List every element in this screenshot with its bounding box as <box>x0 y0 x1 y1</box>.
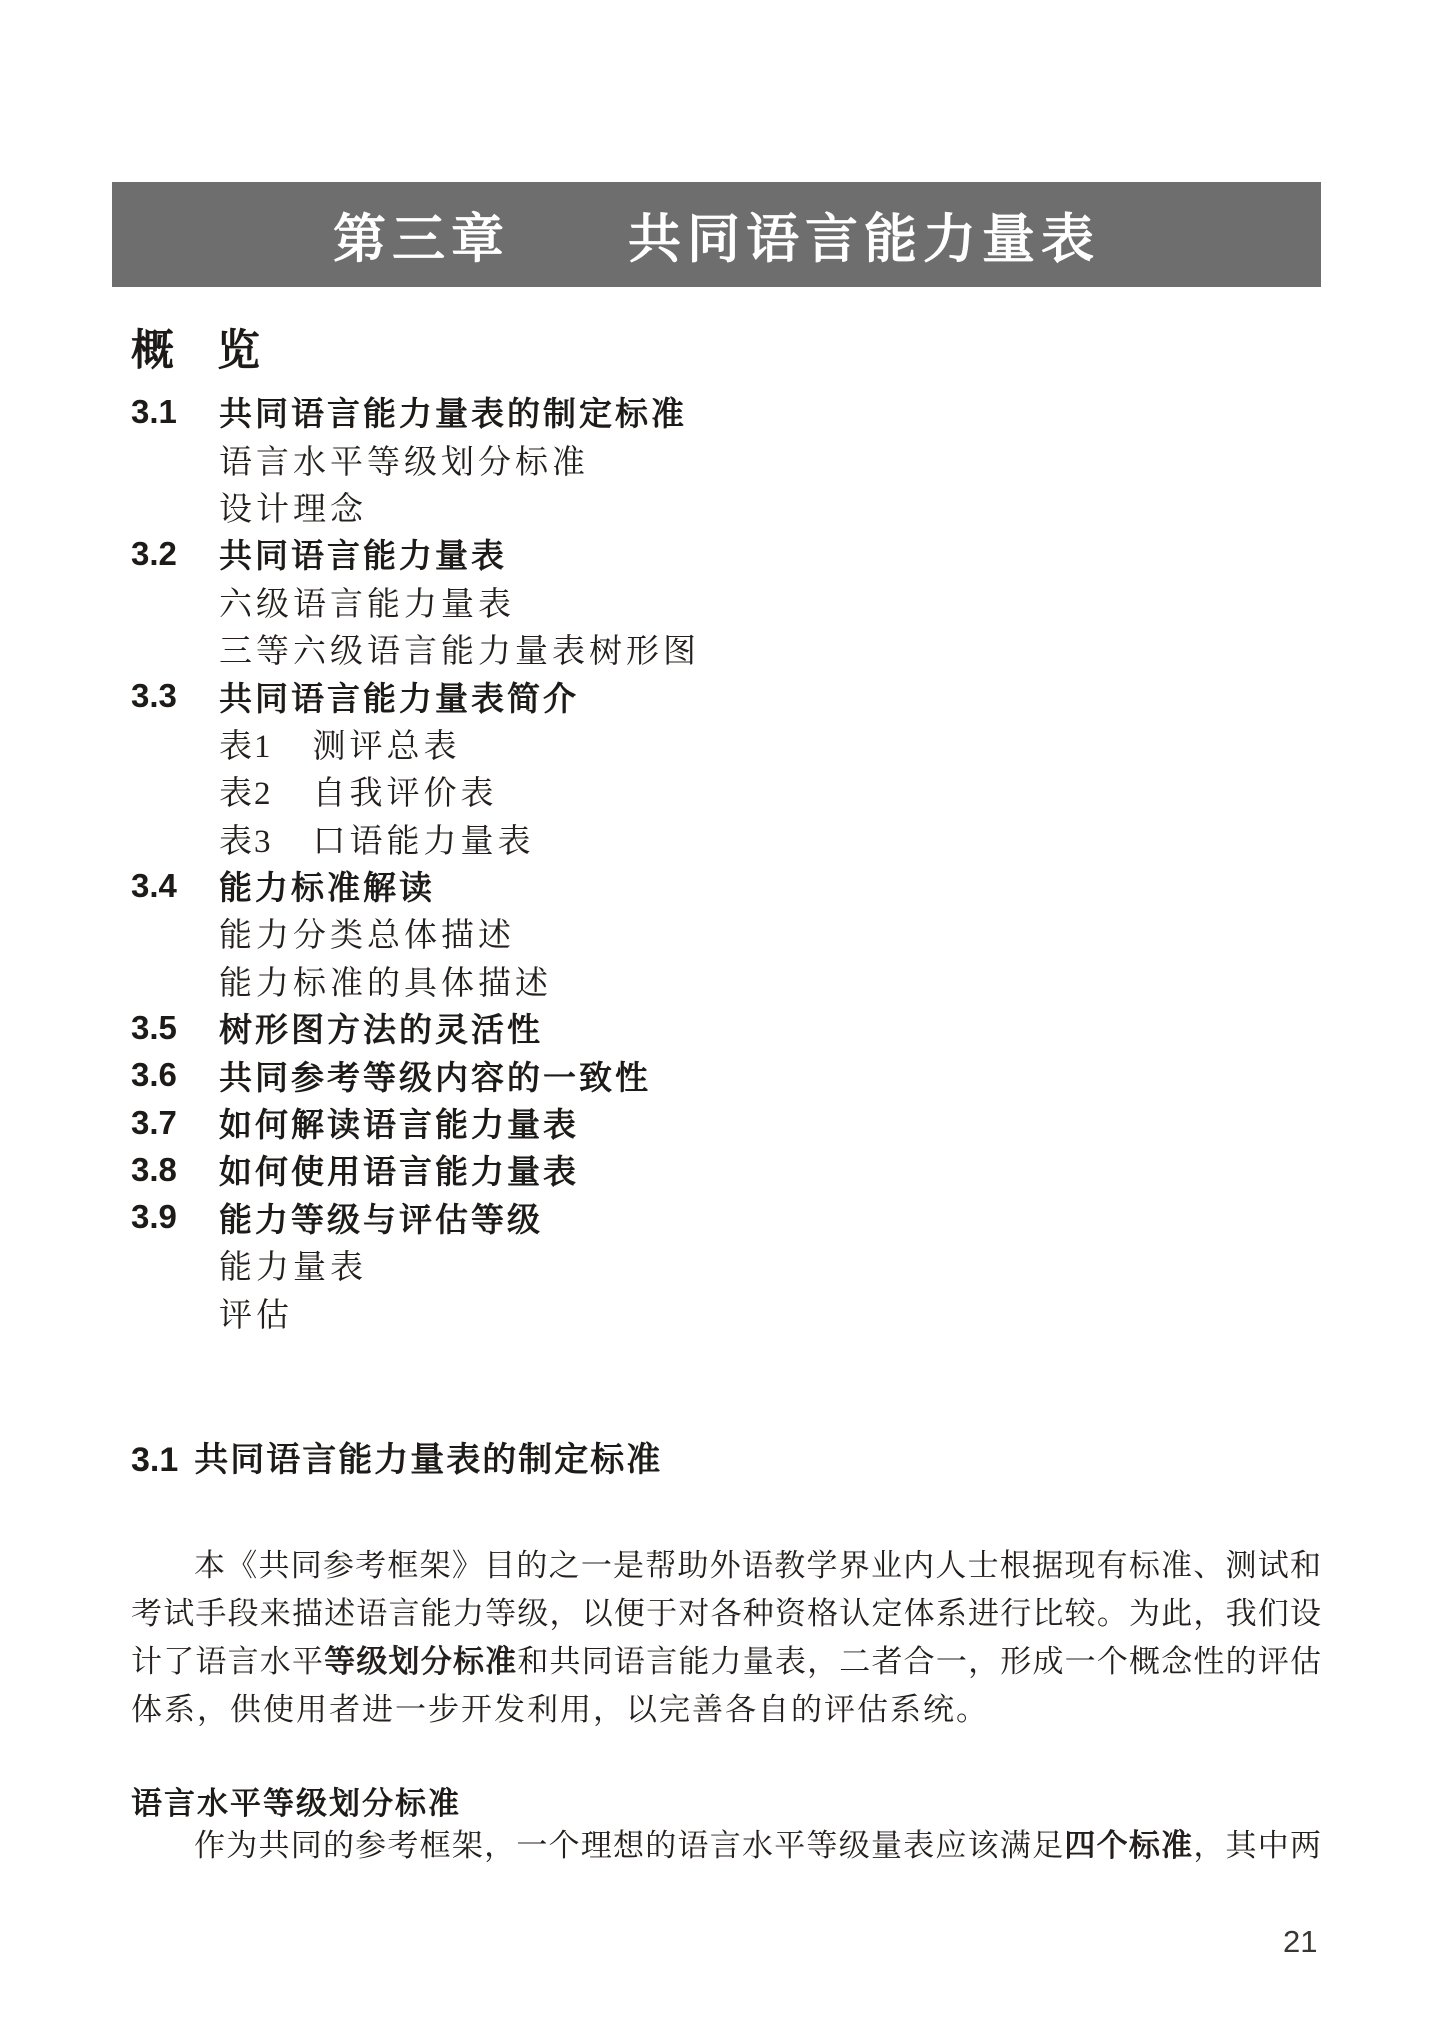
chapter-title: 第三章 共同语言能力量表 <box>333 197 1100 273</box>
toc-item-number: 3.8 <box>131 1151 219 1189</box>
toc-item-label: 如何解读语言能力量表 <box>219 1099 579 1146</box>
emphasized-term: 四个标准 <box>1064 1828 1193 1863</box>
paragraph-line: 体系，供使用者进一步开发利用，以完善各自的评估系统。 <box>131 1686 1321 1734</box>
paragraph-text: ，其中两 <box>1193 1828 1321 1863</box>
toc-item-number: 3.7 <box>131 1104 219 1142</box>
toc-subitem: 语言水平等级划分标准 <box>131 435 1321 482</box>
toc-item-number: 3.3 <box>131 677 219 715</box>
toc-item-number: 3.4 <box>131 867 219 905</box>
toc-subitem: 能力量表 <box>131 1241 1321 1288</box>
toc-item-number: 3.5 <box>131 1009 219 1047</box>
toc-subitem: 能力分类总体描述 <box>131 909 1321 956</box>
toc-item-label: 能力标准解读 <box>219 862 435 909</box>
toc-table-tag: 表1 <box>219 729 273 765</box>
toc-subitem-label: 三等六级语言能力量表树形图 <box>219 625 700 672</box>
paragraph-line: 考试手段来描述语言能力等级，以便于对各种资格认定体系进行比较。为此，我们设 <box>131 1590 1321 1638</box>
section-number: 3.1 <box>131 1441 178 1480</box>
body-paragraph-2: 作为共同的参考框架，一个理想的语言水平等级量表应该满足四个标准，其中两 <box>131 1822 1321 1870</box>
toc-subitem-label: 评估 <box>219 1289 293 1336</box>
toc-subitem: 设计理念 <box>131 483 1321 530</box>
toc-subitem: 能力标准的具体描述 <box>131 957 1321 1004</box>
toc-item-3-6: 3.6 共同参考等级内容的一致性 <box>131 1051 1321 1098</box>
page-number: 21 <box>1283 1924 1317 1960</box>
toc-item-label: 树形图方法的灵活性 <box>219 1004 543 1051</box>
toc-subitem-label: 设计理念 <box>219 483 367 530</box>
section-title: 共同语言能力量表的制定标准 <box>194 1432 662 1481</box>
toc-item-label: 共同参考等级内容的一致性 <box>219 1052 651 1099</box>
toc-subitem-table3: 表3口语能力量表 <box>131 815 1321 862</box>
toc-subitem: 六级语言能力量表 <box>131 578 1321 625</box>
toc-subitem-label: 能力标准的具体描述 <box>219 957 552 1004</box>
toc-item-3-9: 3.9 能力等级与评估等级 <box>131 1194 1321 1241</box>
subsection-heading: 语言水平等级划分标准 <box>131 1778 461 1823</box>
toc-item-3-1: 3.1 共同语言能力量表的制定标准 <box>131 388 1321 435</box>
toc-subitem-label: 测评总表 <box>313 729 461 765</box>
toc-subitem-label: 口语能力量表 <box>313 824 535 860</box>
document-page: 第三章 共同语言能力量表 概 览 3.1 共同语言能力量表的制定标准 语言水平等… <box>0 0 1453 2019</box>
toc-item-label: 能力等级与评估等级 <box>219 1194 543 1241</box>
toc-item-number: 3.2 <box>131 535 219 573</box>
toc-table-tag: 表2 <box>219 776 273 812</box>
paragraph-text: 计了语言水平 <box>131 1644 324 1679</box>
toc-item-label: 如何使用语言能力量表 <box>219 1146 579 1193</box>
toc-item-number: 3.6 <box>131 1056 219 1094</box>
paragraph-line: 计了语言水平等级划分标准和共同语言能力量表，二者合一，形成一个概念性的评估 <box>131 1638 1321 1686</box>
toc-table-tag: 表3 <box>219 824 273 860</box>
toc-subitem-label: 六级语言能力量表 <box>219 578 515 625</box>
toc-subitem: 评估 <box>131 1288 1321 1335</box>
toc-item-label: 共同语言能力量表简介 <box>219 673 579 720</box>
toc-subitem-label: 能力量表 <box>219 1241 367 1288</box>
toc-item-number: 3.9 <box>131 1198 219 1236</box>
toc-item-3-4: 3.4 能力标准解读 <box>131 862 1321 909</box>
toc-item-3-8: 3.8 如何使用语言能力量表 <box>131 1146 1321 1193</box>
table-of-contents: 3.1 共同语言能力量表的制定标准 语言水平等级划分标准 设计理念 3.2 共同… <box>131 388 1321 1336</box>
section-heading-3-1: 3.1 共同语言能力量表的制定标准 <box>131 1432 662 1481</box>
body-paragraph-1: 本《共同参考框架》目的之一是帮助外语教学界业内人士根据现有标准、测试和 考试手段… <box>131 1542 1321 1734</box>
overview-heading: 概 览 <box>131 330 260 373</box>
toc-item-3-7: 3.7 如何解读语言能力量表 <box>131 1099 1321 1146</box>
toc-subitem-label: 语言水平等级划分标准 <box>219 436 589 483</box>
toc-subitem-label: 能力分类总体描述 <box>219 909 515 956</box>
paragraph-line: 作为共同的参考框架，一个理想的语言水平等级量表应该满足四个标准，其中两 <box>131 1822 1321 1870</box>
toc-subitem: 三等六级语言能力量表树形图 <box>131 625 1321 672</box>
toc-item-number: 3.1 <box>131 393 219 431</box>
toc-item-3-3: 3.3 共同语言能力量表简介 <box>131 672 1321 719</box>
toc-item-3-2: 3.2 共同语言能力量表 <box>131 530 1321 577</box>
toc-item-label: 共同语言能力量表的制定标准 <box>219 388 687 435</box>
toc-subitem-table2: 表2自我评价表 <box>131 767 1321 814</box>
toc-subitem-label: 自我评价表 <box>313 776 498 812</box>
paragraph-line: 本《共同参考框架》目的之一是帮助外语教学界业内人士根据现有标准、测试和 <box>131 1542 1321 1590</box>
paragraph-text: 和共同语言能力量表，二者合一，形成一个概念性的评估 <box>517 1644 1321 1679</box>
chapter-banner: 第三章 共同语言能力量表 <box>112 182 1321 287</box>
toc-item-3-5: 3.5 树形图方法的灵活性 <box>131 1004 1321 1051</box>
toc-item-label: 共同语言能力量表 <box>219 530 507 577</box>
toc-subitem-table1: 表1测评总表 <box>131 720 1321 767</box>
paragraph-text: 作为共同的参考框架，一个理想的语言水平等级量表应该满足 <box>194 1828 1064 1863</box>
emphasized-term: 等级划分标准 <box>324 1644 517 1679</box>
